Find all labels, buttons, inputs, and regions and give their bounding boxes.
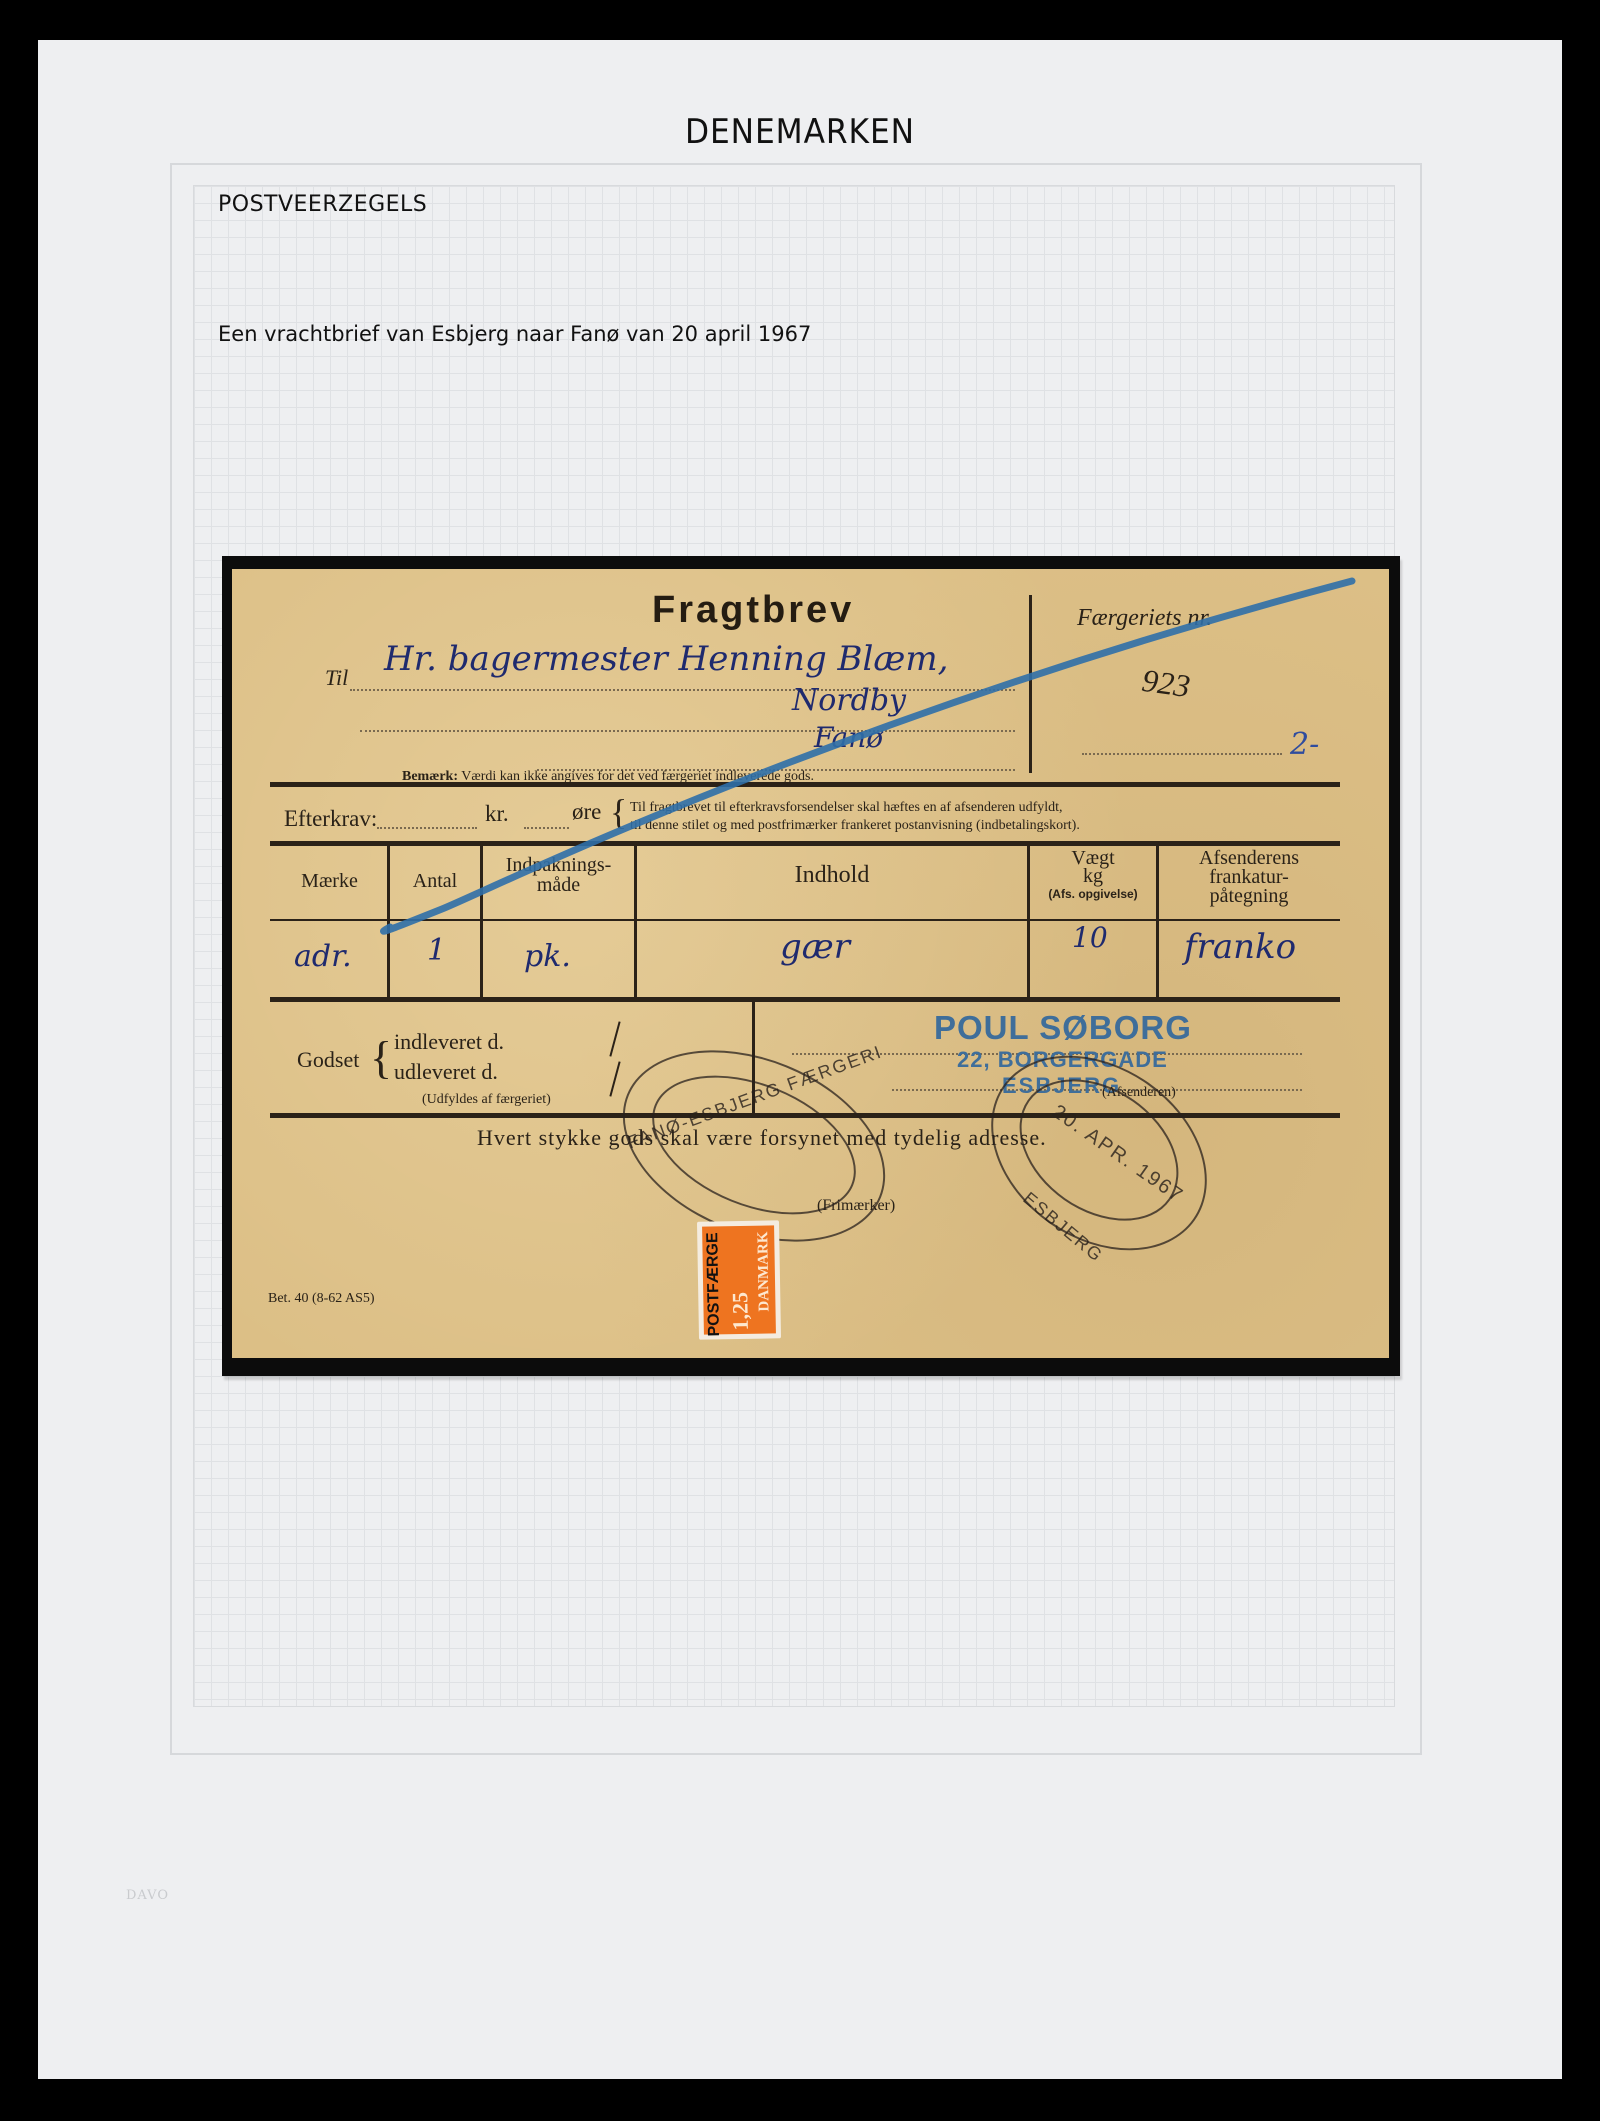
page-title: DENEMARKEN [99,112,1501,152]
album-page: DENEMARKEN POSTVEERZEGELS Een vrachtbrie… [38,40,1562,2079]
item-caption: Een vrachtbrief van Esbjerg naar Fanø va… [218,322,811,346]
section-heading: POSTVEERZEGELS [218,192,427,217]
publisher-mark: DAVO [126,1888,169,1903]
fragtbrev-card: Fragtbrev Til Hr. bagermester Henning Bl… [232,569,1389,1358]
blue-strike-line [232,569,1389,1358]
